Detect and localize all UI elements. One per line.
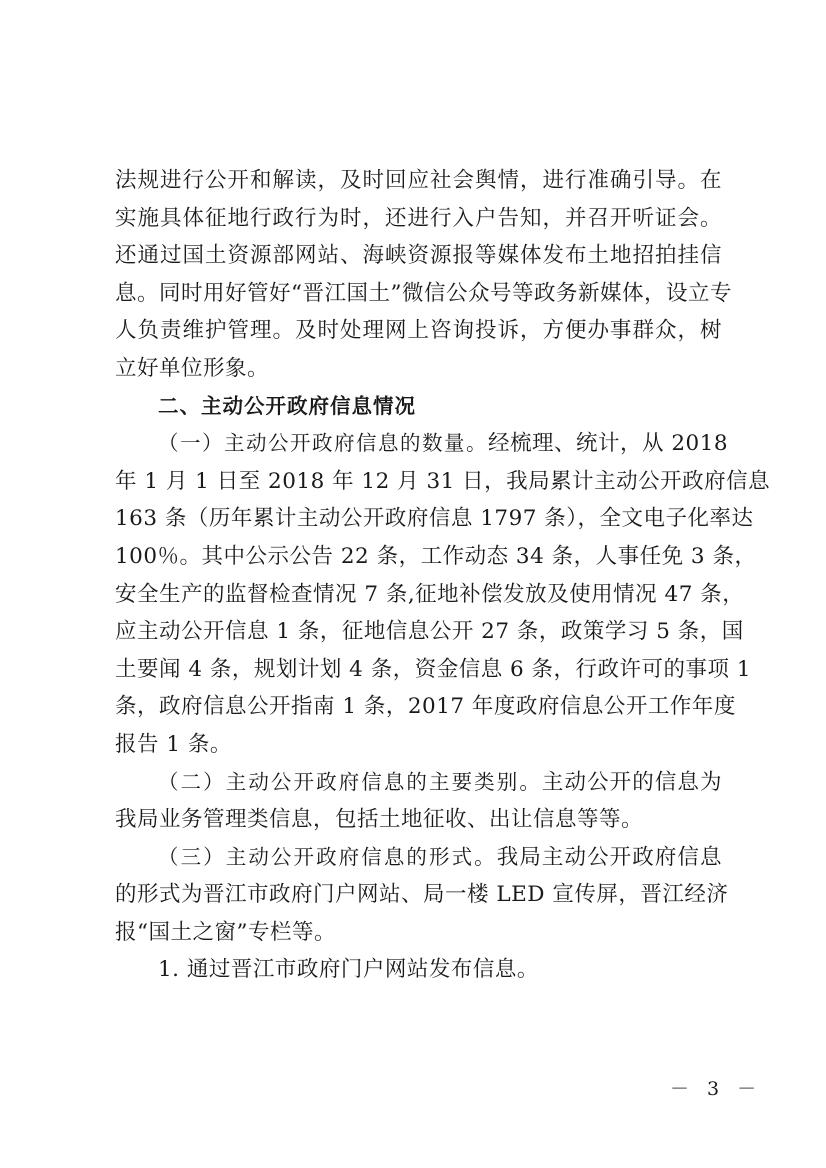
text-run: 我局主动公开政府信息 [497,845,722,870]
text-line: 法规进行公开和解读，及时回应社会舆情，进行准确引导。在 [115,162,722,200]
text-line: 我局业务管理类信息，包括土地征收、出让信息等等。 [115,801,725,839]
text-line: 还通过国土资源部网站、海峡资源报等媒体发布土地招拍挂信 [115,237,722,275]
text-run: 主动公开的信息为 [542,770,722,795]
list-item: 1. 通过晋江市政府门户网站发布信息。 [115,951,722,989]
section-heading: 二、主动公开政府信息情况 [115,388,722,426]
paragraph-continuation: 法规进行公开和解读，及时回应社会舆情，进行准确引导。在 实施具体征地行政行为时，… [115,162,725,388]
text-line: 土要闻 4 条，规划计划 4 条，资金信息 6 条，行政许可的事项 1 [115,651,722,689]
document-page: 法规进行公开和解读，及时回应社会舆情，进行准确引导。在 实施具体征地行政行为时，… [0,0,826,1168]
subheading-lead: （一）主动公开政府信息的数量。 [158,431,488,455]
text-line: 163 条（历年累计主动公开政府信息 1797 条），全文电子化率达 [115,500,722,538]
text-line: 应主动公开信息 1 条，征地信息公开 27 条，政策学习 5 条，国 [115,613,722,651]
text-line: 100％。其中公示公告 22 条，工作动态 34 条，人事任免 3 条， [115,538,722,576]
document-body: 法规进行公开和解读，及时回应社会舆情，进行准确引导。在 实施具体征地行政行为时，… [115,162,725,989]
text-line: （三）主动公开政府信息的形式。我局主动公开政府信息 [115,839,722,877]
paragraph-forms: （三）主动公开政府信息的形式。我局主动公开政府信息 的形式为晋江市政府门户网站、… [115,839,725,952]
text-line: 报“国土之窗”专栏等。 [115,914,725,952]
paragraph-quantity: （一）主动公开政府信息的数量。经梳理、统计，从 2018 年 1 月 1 日至 … [115,425,725,763]
text-line: 人负责维护管理。及时处理网上咨询投诉，方便办事群众，树 [115,312,722,350]
subheading-lead: （三）主动公开政府信息的形式。 [158,845,497,869]
text-line: 安全生产的监督检查情况 7 条,征地补偿发放及使用情况 47 条， [115,576,722,614]
subheading-lead: （二）主动公开政府信息的主要类别。 [158,770,542,794]
text-line: （二）主动公开政府信息的主要类别。主动公开的信息为 [115,764,722,802]
text-line: 年 1 月 1 日至 2018 年 12 月 31 日，我局累计主动公开政府信息 [115,463,722,501]
text-line: 立好单位形象。 [115,350,725,388]
paragraph-categories: （二）主动公开政府信息的主要类别。主动公开的信息为 我局业务管理类信息，包括土地… [115,764,725,839]
text-run: 经梳理、统计，从 2018 [488,431,728,456]
text-line: （一）主动公开政府信息的数量。经梳理、统计，从 2018 [115,425,722,463]
text-line: 息。同时用好管好“晋江国土”微信公众号等政务新媒体，设立专 [115,275,722,313]
text-line: 条，政府信息公开指南 1 条，2017 年度政府信息公开工作年度 [115,688,722,726]
text-line: 报告 1 条。 [115,726,725,764]
text-line: 的形式为晋江市政府门户网站、局一楼 LED 宣传屏，晋江经济 [115,876,722,914]
page-number: － 3 － [670,1074,762,1101]
text-line: 实施具体征地行政行为时，还进行入户告知，并召开听证会。 [115,200,722,238]
